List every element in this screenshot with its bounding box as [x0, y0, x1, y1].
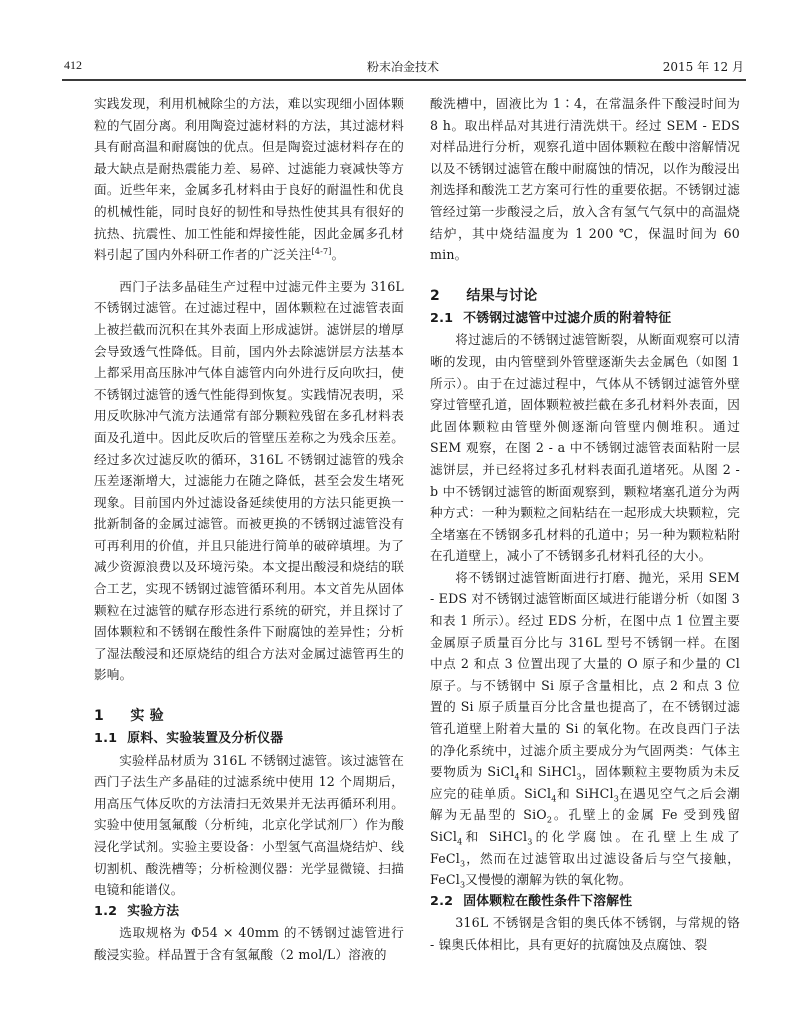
- paragraph: 实践发现，利用机械除尘的方法，难以实现细小固体颗粒的气固分离。利用陶瓷过滤材料的…: [94, 93, 404, 266]
- section-heading-2-2: 2.2固体颗粒在酸性条件下溶解性: [430, 891, 740, 913]
- paragraph: 316L 不锈钢是含钼的奥氏体不锈钢，与常规的铬 - 镍奥氏体相比，具有更好的抗…: [430, 912, 740, 955]
- section-heading-1-2: 1.2实验方法: [94, 901, 404, 923]
- header-rule: [62, 79, 746, 81]
- section-heading-1-1: 1.1原料、实验装置及分析仪器: [94, 728, 404, 750]
- issue-date: 2015 年 12 月: [663, 58, 744, 75]
- paragraph: 酸洗槽中，固液比为 1∶4，在常温条件下酸浸时间为 8 h。取出样品对其进行清洗…: [430, 93, 740, 266]
- journal-title: 粉末冶金技术: [62, 58, 744, 75]
- paragraph: 西门子法多晶硅生产过程中过滤元件主要为 316L 不锈钢过滤管。在过滤过程中，固…: [94, 276, 404, 686]
- section-heading-2-1: 2.1不锈钢过滤管中过滤介质的附着特征: [430, 308, 740, 330]
- paragraph: 将过滤后的不锈钢过滤管断裂，从断面观察可以清晰的发现，由内管壁到外管壁逐渐失去金…: [430, 329, 740, 567]
- citation: [4-7]: [312, 247, 332, 256]
- left-column: 实践发现，利用机械除尘的方法，难以实现细小固体颗粒的气固分离。利用陶瓷过滤材料的…: [94, 93, 404, 966]
- right-column: 酸洗槽中，固液比为 1∶4，在常温条件下酸浸时间为 8 h。取出样品对其进行清洗…: [430, 93, 740, 956]
- paragraph: 选取规格为 Φ54 × 40mm 的不锈钢过滤管进行酸浸实验。样品置于含有氢氟酸…: [94, 922, 404, 965]
- paragraph: 将不锈钢过滤管断面进行打磨、抛光，采用 SEM - EDS 对不锈钢过滤管断面区…: [430, 567, 740, 891]
- section-heading-1: 1实 验: [94, 704, 404, 728]
- section-heading-2: 2结果与讨论: [430, 284, 740, 308]
- paragraph: 实验样品材质为 316L 不锈钢过滤管。该过滤管在西门子法生产多晶硅的过滤系统中…: [94, 750, 404, 901]
